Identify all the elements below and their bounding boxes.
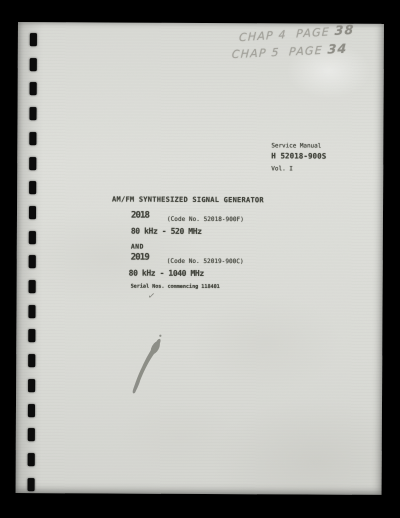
ink-blot-mark	[130, 329, 166, 395]
binding-hole	[28, 404, 35, 417]
model-2018-range: 80 kHz - 520 MHz	[131, 226, 202, 235]
serial-note: Serial Nos. commencing 118401	[131, 284, 220, 290]
handwritten-note-2-text: CHAP 5 PAGE	[231, 44, 327, 62]
pencil-checkmark: ✓	[147, 291, 156, 302]
binding-hole	[28, 428, 35, 441]
model-number-2018: 2018	[131, 211, 149, 221]
page-title: AM/FM SYNTHESIZED SIGNAL GENERATOR	[112, 195, 264, 204]
binding-hole	[29, 107, 36, 120]
binding-hole	[28, 354, 35, 367]
binding-hole	[28, 453, 35, 466]
manual-number: H 52018-900S	[271, 151, 326, 160]
service-manual-label: Service Manual	[271, 142, 326, 149]
binding-hole	[28, 305, 35, 318]
binding-hole	[28, 478, 35, 491]
binding-hole	[30, 58, 37, 71]
binding-hole	[30, 33, 37, 46]
binding-hole	[30, 82, 37, 95]
binding-hole	[29, 280, 36, 293]
scan-background: { "scan": { "handwriting": { "line1_text…	[0, 0, 400, 518]
scanned-page: CHAP 4 PAGE 38 CHAP 5 PAGE 34 Service Ma…	[16, 22, 384, 495]
model-2019-code: (Code No. 52019-900C)	[167, 258, 244, 265]
binding-hole	[29, 231, 36, 244]
handwritten-note-2-number: 34	[327, 41, 348, 57]
model-number-2019: 2019	[131, 253, 149, 263]
binding-hole	[28, 379, 35, 392]
model-2018-code: (Code No. 52018-900F)	[167, 216, 244, 223]
handwritten-note-1-number: 38	[334, 22, 354, 38]
handwritten-note-2: CHAP 5 PAGE 34	[231, 41, 347, 62]
conjunction-label: AND	[131, 243, 144, 251]
model-2019-range: 80 kHz - 1040 MHz	[129, 269, 204, 278]
manual-header: Service Manual H 52018-900S Vol. I	[271, 142, 326, 172]
binding-hole	[29, 132, 36, 145]
binding-hole	[28, 329, 35, 342]
volume-label: Vol. I	[271, 165, 326, 172]
binding-hole	[29, 206, 36, 219]
binding-hole	[29, 255, 36, 268]
binding-hole	[29, 157, 36, 170]
binding-hole	[29, 181, 36, 194]
